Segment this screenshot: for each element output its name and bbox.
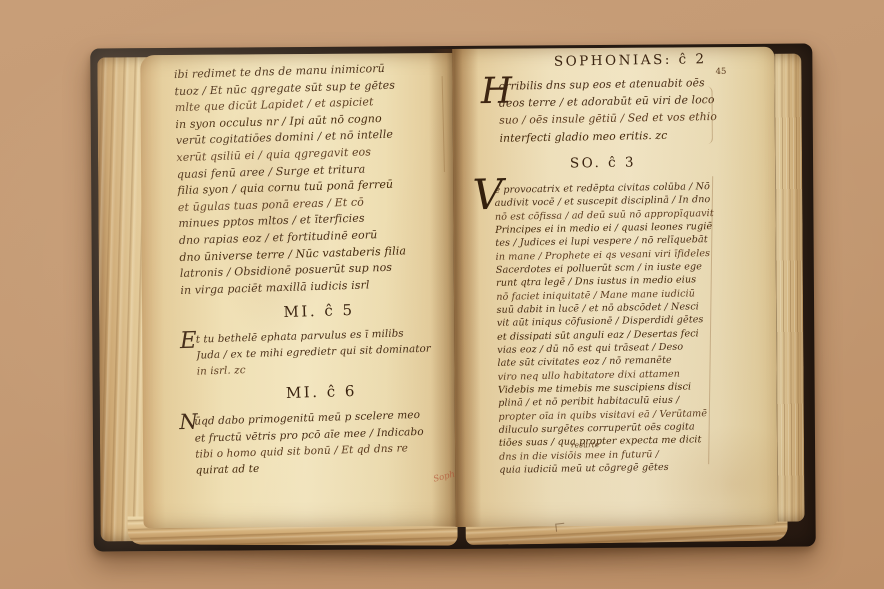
micah4-paragraph: ibi redimet te dns de manu inimicorūtuoz… bbox=[174, 59, 457, 299]
micah5-dropcap: E bbox=[180, 330, 198, 353]
micah5-lines: t tu bethelē ephata parvulus es ī milibs… bbox=[196, 325, 459, 380]
zephaniah3-heading: SO. ĉ 3 bbox=[488, 153, 718, 173]
micah5-heading: MI. ĉ 5 bbox=[181, 298, 457, 324]
folio-number: 45 bbox=[716, 67, 727, 77]
micah6-paragraph: N ūqd dabo primogenitū meū p scelere meo… bbox=[194, 406, 462, 479]
micah5-paragraph: E t tu bethelē ephata parvulus es ī mili… bbox=[196, 325, 459, 380]
zephaniah2-dropcap: H bbox=[480, 74, 512, 111]
zephaniah2-lines: orribilis dns sup eos et atenuabit oēsde… bbox=[499, 74, 718, 147]
zephaniah3-paragraph: V resurte e provocatrix et redēpta civit… bbox=[494, 180, 723, 477]
micah6-heading: MI. ĉ 6 bbox=[183, 379, 459, 405]
zephaniah2-paragraph: H orribilis dns sup eos et atenuabit oēs… bbox=[499, 74, 718, 147]
scribal-bracket-right bbox=[703, 86, 713, 144]
open-book: ibi redimet te dns de manu inimicorūtuoz… bbox=[90, 43, 815, 551]
micah4-lines: ibi redimet te dns de manu inimicorūtuoz… bbox=[174, 59, 457, 299]
sophonias-title-text: SOPHONIAS: ĉ 2 bbox=[554, 51, 707, 70]
manuscript-photo: ibi redimet te dns de manu inimicorūtuoz… bbox=[0, 0, 884, 589]
manuscript-line: interfecti gladio meo eritis. zc bbox=[499, 126, 717, 147]
micah6-dropcap: N bbox=[179, 412, 198, 434]
zephaniah3-dropcap: V bbox=[472, 174, 503, 217]
interlinear-correction: resurte bbox=[571, 440, 600, 449]
left-page-text: ibi redimet te dns de manu inimicorūtuoz… bbox=[174, 59, 462, 480]
margin-doodle-mark bbox=[555, 523, 565, 532]
sophonias-running-title: SOPHONIAS: ĉ 2 45 bbox=[486, 51, 716, 71]
zephaniah3-lines: e provocatrix et redēpta civitas colūba … bbox=[494, 180, 723, 477]
fore-edge-page-stack bbox=[774, 54, 804, 522]
right-page-text: SOPHONIAS: ĉ 2 45 H orribilis dns sup eo… bbox=[486, 51, 723, 477]
micah6-lines: ūqd dabo primogenitū meū p scelere meoet… bbox=[194, 406, 462, 479]
